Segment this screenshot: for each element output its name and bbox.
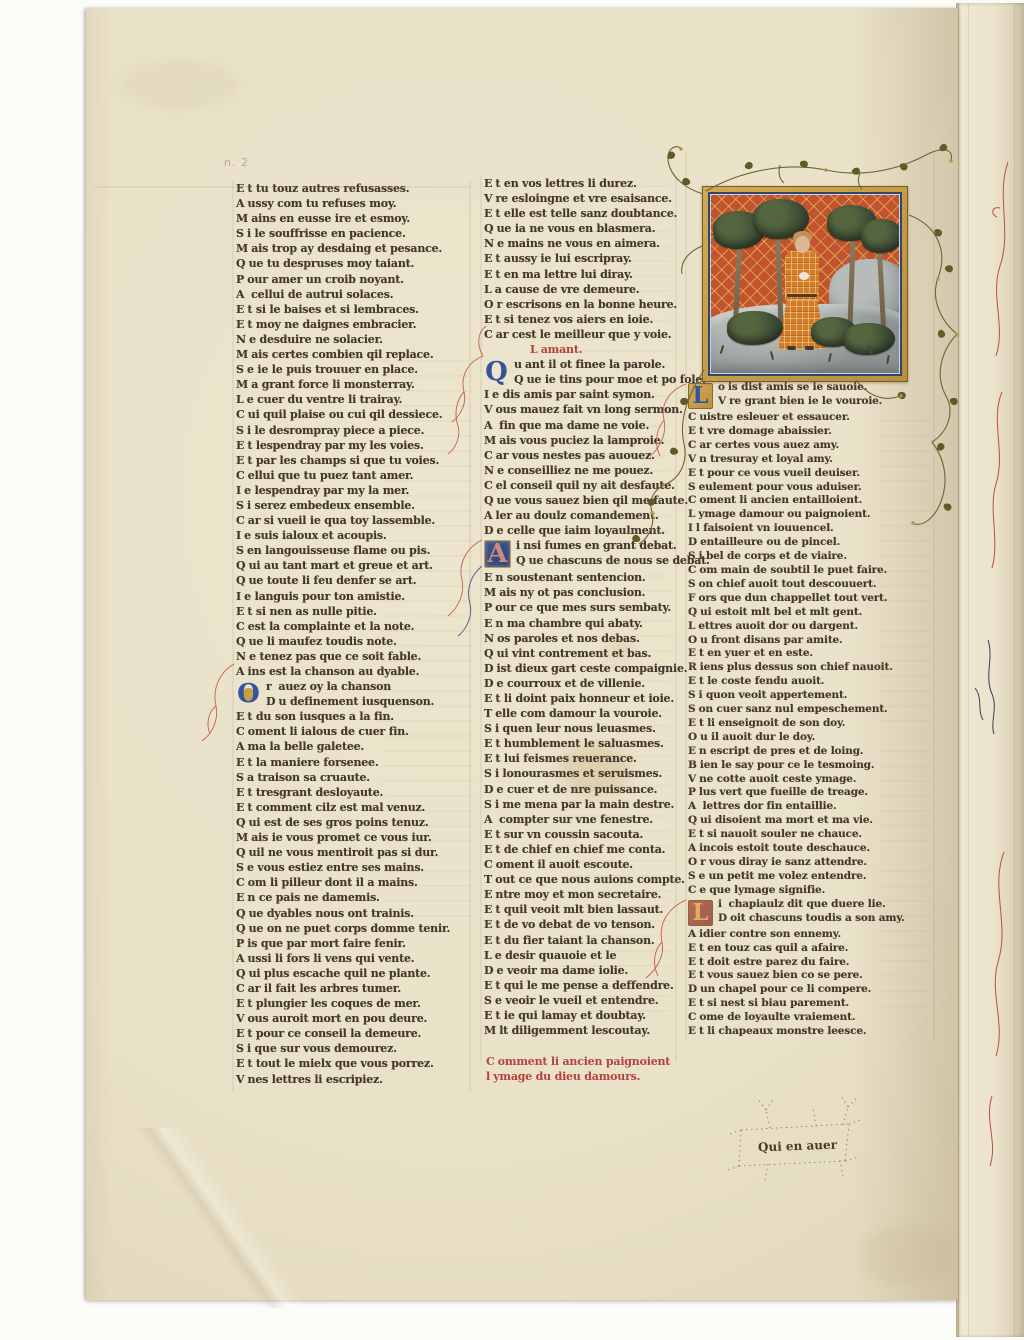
verse-line: Et li chapeaux monstre leesce.: [688, 1025, 938, 1039]
lover-gloves: [799, 272, 809, 280]
lover-foot: [787, 346, 796, 350]
verse-line: Vnes lettres li escripiez.: [236, 1072, 476, 1087]
manuscript-scan: n. 2 Et tu touz autres refusasses.Aussy …: [0, 0, 1024, 1340]
verse-line: Se ie le puis trouuer en place.: [236, 362, 476, 377]
verse-line: Et quil veoit mlt bien lassaut.: [484, 902, 689, 917]
verse-line: Et en ma lettre lui diray.: [484, 267, 689, 282]
verse-line: Or escrisons en la bonne heure.: [484, 297, 689, 312]
stain: [120, 60, 240, 110]
verse-line: Vn tresuray et loyal amy.: [688, 453, 938, 467]
verse-line: A lettres dor fin entaillie.: [688, 800, 938, 814]
text-column-3: Lois dist amis se ie sauoie.Vre grant bi…: [688, 381, 938, 1039]
verse-line: Le cuer du ventre li trairay.: [236, 392, 476, 407]
verse-line: Entre moy et mon secretaire.: [484, 887, 689, 902]
verse-line: Et sur vn coussin sacouta.: [484, 827, 689, 842]
verse-line: Riens plus dessus son chief nauoit.: [688, 661, 938, 675]
verse-line: En escript de pres et de loing.: [688, 745, 938, 759]
verse-line: Et par les champs si que tu voies.: [236, 453, 476, 468]
verse-line: Si bel de corps et de viaire.: [688, 550, 938, 564]
verse-line: Ne mains ne vous en aimera.: [484, 236, 689, 251]
verse-line: Et doit estre parez du faire.: [688, 956, 938, 970]
foredge-crease: [968, 3, 969, 1337]
foredge-crease: [1014, 3, 1015, 1337]
initial-verse-group: Li chapiaulz dit que duere lie.Doit chas…: [688, 898, 938, 928]
text-column-1: Et tu touz autres refusasses.Aussy com t…: [236, 181, 476, 1087]
verse-line: Si le souffrisse en pacience.: [236, 226, 476, 241]
verse-line: Et li doint paix honneur et ioie.: [484, 691, 689, 706]
verse-line: Que ie tins pour moe et po fole.: [484, 372, 689, 387]
verse-line: insi fumes en grant debat.: [484, 538, 689, 553]
verse-line: De courroux et de villenie.: [484, 676, 689, 691]
verse-line: Car certes vous auez amy.: [688, 439, 938, 453]
verse-line: Ama la belle galetee.: [236, 739, 476, 754]
verse-line: Com main de soubtil le puet faire.: [688, 564, 938, 578]
verse-line: A fin que ma dame ne voie.: [484, 418, 689, 433]
verse-line: Sen langouisseuse flame ou pis.: [236, 543, 476, 558]
verse-line: Et vre domage abaissier.: [688, 425, 938, 439]
illuminated-initial-L: L: [688, 383, 713, 409]
lover-belt: [787, 294, 817, 297]
verse-line: Car il fait les arbres tumer.: [236, 981, 476, 996]
verse-line: r auez oy la chanson: [236, 679, 476, 694]
verse-line: Qui au tant mart et greue et art.: [236, 558, 476, 573]
verse-line: Et du fier taiant la chanson.: [484, 933, 689, 948]
initial-verse-group: Lois dist amis se ie sauoie.Vre grant bi…: [688, 381, 938, 411]
verse-line: Si quen leur nous leuasmes.: [484, 721, 689, 736]
miniature-gold-frame: [702, 186, 908, 382]
verse-line: Et comment cilz est mal venuz.: [236, 800, 476, 815]
verse-line: Se vous estiez entre ses mains.: [236, 860, 476, 875]
verse-line: Qui plus escache quil ne plante.: [236, 966, 476, 981]
verse-line: uant il ot finee la parole.: [484, 357, 689, 372]
verse-line: Que vous sauez bien qil me faute.: [484, 493, 689, 508]
verse-line: Et en touz cas quil a afaire.: [688, 942, 938, 956]
verse-line: Et vous sauez bien co se pere.: [688, 969, 938, 983]
verse-line: Si me mena par la main destre.: [484, 797, 689, 812]
verse-line: Dun chapel pour ce li compere.: [688, 983, 938, 997]
verse-line: Vre grant bien ie le vouroie.: [688, 395, 938, 409]
verse-line: Seulement pour vous aduiser.: [688, 481, 938, 495]
verse-line: Mais vous puciez la lamproie.: [484, 433, 689, 448]
rubric-line: lymage du dieu damours.: [486, 1069, 689, 1084]
verse-line: Fors que dun chappellet tout vert.: [688, 592, 938, 606]
verse-line: Ce que lymage signifie.: [688, 884, 938, 898]
verse-line: Que ia ne vous en blasmera.: [484, 221, 689, 236]
verse-line: Et pour ce vous vueil deuiser.: [688, 467, 938, 481]
verse-line: Qui est de ses gros poins tenuz.: [236, 815, 476, 830]
miniature-inner-border: [708, 192, 902, 376]
verse-line: Et la maniere forsenee.: [236, 755, 476, 770]
verse-line: Et tresgrant desloyaute.: [236, 785, 476, 800]
catchword: Qui en auer: [758, 1138, 837, 1155]
verse-line: Pis que par mort faire fenir.: [236, 936, 476, 951]
verse-line: Cellui que tu puez tant amer.: [236, 468, 476, 483]
verse-line: Et lui feismes reuerance.: [484, 751, 689, 766]
foredge-following-folios: [956, 3, 1024, 1337]
verse-line: Se un petit me volez entendre.: [688, 870, 938, 884]
verse-line: Ie dis amis par saint symon.: [484, 387, 689, 402]
verse-line: Tout ce que nous auions compte.: [484, 872, 689, 887]
verse-line: Cui quil plaise ou cui qil dessiece.: [236, 407, 476, 422]
verse-line: Et si tenez vos aiers en ioie.: [484, 312, 689, 327]
verse-line: Et qui le me pense a deffendre.: [484, 978, 689, 993]
miniature-scene: [711, 195, 899, 373]
verse-line: En ce pais ne damemis.: [236, 890, 476, 905]
verse-line: Pour ce que mes surs sembaty.: [484, 600, 689, 615]
illuminated-initial-O: O: [236, 681, 261, 707]
verse-line: Cuistre esleuer et essaucer.: [688, 411, 938, 425]
verse-line: Et tout le mielx que vous porrez.: [236, 1056, 476, 1071]
verse-line: Telle com damour la vouroie.: [484, 706, 689, 721]
verse-line: Com li pilleur dont il a mains.: [236, 875, 476, 890]
verse-line: La cause de vre demeure.: [484, 282, 689, 297]
verse-line: Coment li ialous de cuer fin.: [236, 724, 476, 739]
verse-line: Car si vueil ie qua toy lassemble.: [236, 513, 476, 528]
parchment-crease: [66, 1128, 366, 1308]
verse-line: Ie lespendray par my la mer.: [236, 483, 476, 498]
verse-line: Si le desrompray piece a piece.: [236, 423, 476, 438]
verse-line: Si serez embedeux ensemble.: [236, 498, 476, 513]
verse-line: Ne conseilliez ne me pouez.: [484, 463, 689, 478]
verse-line: Mlt diligemment lescoutay.: [484, 1023, 689, 1038]
stain: [860, 1225, 950, 1285]
verse-line: Doit chascuns toudis a son amy.: [688, 912, 938, 926]
verse-line: Son chief auoit tout descouuert.: [688, 578, 938, 592]
verse-line: Ne desduire ne solacier.: [236, 332, 476, 347]
verse-line: Qui disoient ma mort et ma vie.: [688, 814, 938, 828]
verse-line: Nos paroles et nos debas.: [484, 631, 689, 646]
verse-line: Et elle est telle sanz doubtance.: [484, 206, 689, 221]
verse-line: Aussi li fors li vens qui vente.: [236, 951, 476, 966]
verse-line: Ne tenez pas que ce soit fable.: [236, 649, 476, 664]
illuminated-initial-Q: Q: [484, 359, 509, 385]
verse-line: Ie suis ialoux et acoupis.: [236, 528, 476, 543]
verse-line: A compter sur vne fenestre.: [484, 812, 689, 827]
lover-foot: [805, 346, 814, 350]
verse-line: Come de loyaulte vraiement.: [688, 1011, 938, 1025]
verse-line: Pour amer un croib noyant.: [236, 272, 476, 287]
verse-line: Et de vo debat de vo tenson.: [484, 917, 689, 932]
verse-line: Que toute li feu denfer se art.: [236, 573, 476, 588]
verse-line: Dist dieux gart ceste compaignie.: [484, 661, 689, 676]
verse-line: Vous mauez fait vn long sermon.: [484, 402, 689, 417]
verse-line: Vre esloingne et vre esaisance.: [484, 191, 689, 206]
verse-line: Qui estoit mlt bel et mlt gent.: [688, 606, 938, 620]
initial-verse-group: Or auez oy la chansonDu definement iusqu…: [236, 679, 476, 709]
verse-line: En soustenant sentencion.: [484, 570, 689, 585]
verse-line: Mais ny ot pas conclusion.: [484, 585, 689, 600]
verse-line: Et pour ce conseil la demeure.: [236, 1026, 476, 1041]
illuminated-initial-A: A: [484, 540, 511, 568]
verse-line: Aidier contre son ennemy.: [688, 928, 938, 942]
verse-line: i chapiaulz dit que duere lie.: [688, 898, 938, 912]
verse-line: Bien le say pour ce le tesmoing.: [688, 759, 938, 773]
verse-line: Et de chief en chief me conta.: [484, 842, 689, 857]
text-column-2: Et en vos lettres li durez.Vre esloingne…: [484, 176, 689, 1084]
verse-line: Or vous diray ie sanz attendre.: [688, 856, 938, 870]
verse-line: Ma grant force li monsterray.: [236, 377, 476, 392]
verse-line: Aincois estoit toute deschauce.: [688, 842, 938, 856]
verse-line: Car vous nestes pas auouez.: [484, 448, 689, 463]
illuminated-initial-L: L: [688, 900, 713, 926]
verse-line: Cest la complainte et la note.: [236, 619, 476, 634]
foliation-note: n. 2: [224, 156, 249, 169]
verse-line: Mais certes combien qil replace.: [236, 347, 476, 362]
verse-line: Et en yuer et en este.: [688, 647, 938, 661]
verse-line: Quil ne vous mentiroit pas si dur.: [236, 845, 476, 860]
verse-line: Son cuer sanz nul empeschement.: [688, 703, 938, 717]
verse-line: Sa traison sa cruaute.: [236, 770, 476, 785]
verse-line: Se veoir le vueil et entendre.: [484, 993, 689, 1008]
verse-line: En ma chambre qui abaty.: [484, 616, 689, 631]
verse-line: Il faisoient vn iouuencel.: [688, 522, 938, 536]
verse-line: Que dyables nous ont trainis.: [236, 906, 476, 921]
verse-line: ois dist amis se ie sauoie.: [688, 381, 938, 395]
verse-line: Et tu touz autres refusasses.: [236, 181, 476, 196]
verse-line: Plus vert que fueille de treage.: [688, 786, 938, 800]
verse-line: Et lespendray par my les voies.: [236, 438, 476, 453]
verse-line: Que li maufez toudis note.: [236, 634, 476, 649]
verse-line: Mais ie vous promet ce vous iur.: [236, 830, 476, 845]
miniature-lover-in-garden: [702, 186, 908, 382]
verse-line: Coment li ancien entailloient.: [688, 494, 938, 508]
verse-line: Et ie qui lamay et doubtay.: [484, 1008, 689, 1023]
initial-verse-group: Quant il ot finee la parole.Que ie tins …: [484, 357, 689, 387]
verse-line: Si quon veoit appertement.: [688, 689, 938, 703]
verse-line: Si lonourasmes et seruismes.: [484, 766, 689, 781]
verse-line: Que chascuns de nous se debat.: [484, 553, 689, 568]
verse-line: Mains en eusse ire et esmoy.: [236, 211, 476, 226]
foredge-crease: [958, 3, 959, 1337]
verse-line: Mais trop ay desdaing et pesance.: [236, 241, 476, 256]
verse-line: Qui vint contrement et bas.: [484, 646, 689, 661]
verse-line: Cel conseil quil ny ait desfaute.: [484, 478, 689, 493]
verse-line: Et moy ne daignes embracier.: [236, 317, 476, 332]
verse-line: Ains est la chanson au dyable.: [236, 664, 476, 679]
verse-line: Et le coste fendu auoit.: [688, 675, 938, 689]
verse-line: Du definement iusquenson.: [236, 694, 476, 709]
verse-line: Vous auroit mort en pou deure.: [236, 1011, 476, 1026]
verse-line: De celle que iaim loyaulment.: [484, 523, 689, 538]
verse-line: Que tu despruses moy taiant.: [236, 256, 476, 271]
verse-line: Et du son iusques a la fin.: [236, 709, 476, 724]
verse-line: Et plungier les coques de mer.: [236, 996, 476, 1011]
verse-line: Et humblement le saluasmes.: [484, 736, 689, 751]
verse-line: Aussy com tu refuses moy.: [236, 196, 476, 211]
verse-line: Dentailleure ou de pincel.: [688, 536, 938, 550]
rubric-line: Comment li ancien paignoient: [486, 1054, 689, 1069]
verse-line: Et si nest si biau parement.: [688, 997, 938, 1011]
verse-line: Ou il auoit dur le doy.: [688, 731, 938, 745]
verse-line: Vne cotte auoit ceste ymage.: [688, 773, 938, 787]
verse-line: Et si le baises et si lembraces.: [236, 302, 476, 317]
verse-line: Que on ne puet corps domme tenir.: [236, 921, 476, 936]
verse-line: Le desir quauoie et le: [484, 948, 689, 963]
verse-line: Et si nauoit souler ne chauce.: [688, 828, 938, 842]
verse-line: Et li enseignoit de son doy.: [688, 717, 938, 731]
verse-line: Ou front disans par amite.: [688, 634, 938, 648]
verse-line: Aler au doulz comandement.: [484, 508, 689, 523]
verse-line: Coment il auoit escoute.: [484, 857, 689, 872]
lover-head: [795, 236, 810, 253]
verse-line: Si que sur vous demourez.: [236, 1041, 476, 1056]
verse-line: Et si nen as nulle pitie.: [236, 604, 476, 619]
rubric-line: Lamant.: [530, 342, 689, 357]
verse-line: De veoir ma dame iolie.: [484, 963, 689, 978]
verse-line: Car cest le meilleur que y voie.: [484, 327, 689, 342]
tree-canopy: [861, 219, 899, 253]
verse-line: Lettres auoit dor ou dargent.: [688, 620, 938, 634]
verse-line: Lymage damour ou paignoient.: [688, 508, 938, 522]
verse-line: Et en vos lettres li durez.: [484, 176, 689, 191]
verse-line: A cellui de autrui solaces.: [236, 287, 476, 302]
verse-line: De cuer et de nre puissance.: [484, 782, 689, 797]
verse-line: Ie languis pour ton amistie.: [236, 589, 476, 604]
initial-verse-group: Ainsi fumes en grant debat.Que chascuns …: [484, 538, 689, 570]
verse-line: Et aussy ie lui escripray.: [484, 251, 689, 266]
